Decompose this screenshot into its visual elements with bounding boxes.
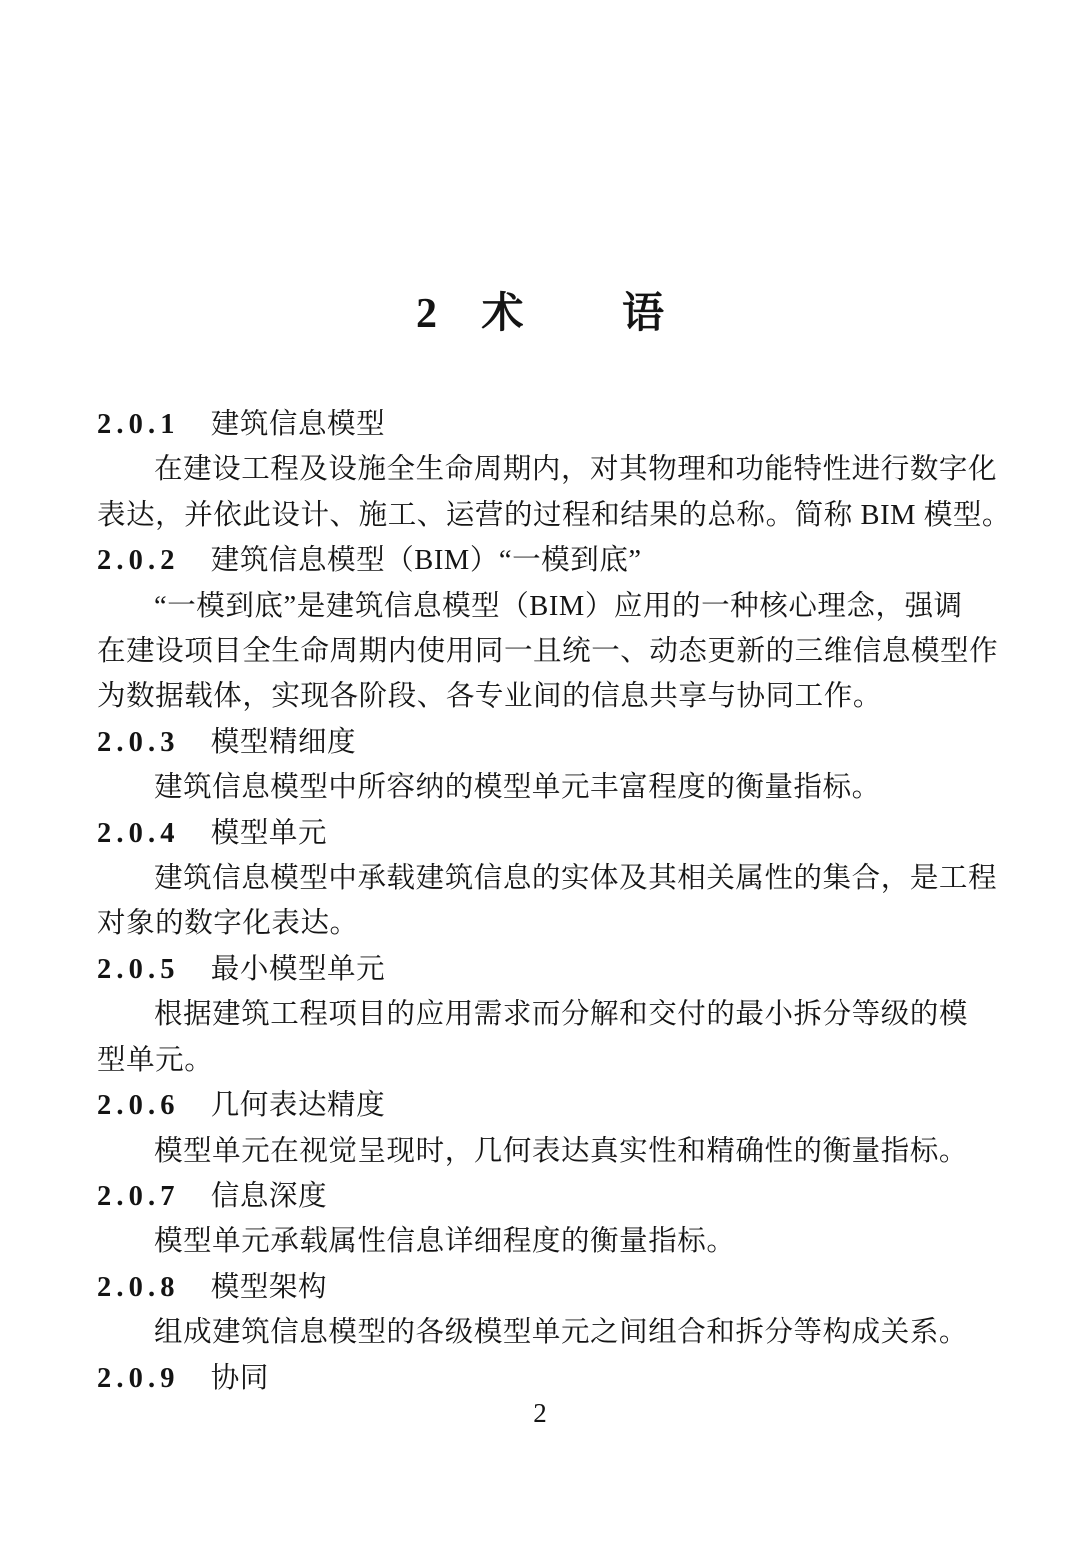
chapter-title-char: 术 — [481, 291, 523, 337]
page-number: 2 — [0, 1396, 1080, 1430]
term-name: 信息深度 — [211, 1181, 327, 1212]
definition-line: 表达，并依此设计、施工、运营的过程和结果的总称。简称 BIM 模型。 — [97, 493, 989, 538]
term-number: 2.0.2 — [97, 545, 180, 576]
term-section: 2.0.3 模型精细度 建筑信息模型中所容纳的模型单元丰富程度的衡量指标。 — [97, 720, 989, 811]
term-name: 协同 — [211, 1363, 269, 1394]
term-number: 2.0.8 — [97, 1272, 180, 1303]
term-section: 2.0.1 建筑信息模型 在建设工程及设施全生命周期内，对其物理和功能特性进行数… — [97, 402, 989, 538]
term-name: 最小模型单元 — [211, 954, 385, 985]
term-section: 2.0.6 几何表达精度 模型单元在视觉呈现时，几何表达真实性和精确性的衡量指标… — [97, 1083, 989, 1174]
term-heading: 2.0.8 模型架构 — [97, 1265, 989, 1310]
term-name: 模型单元 — [211, 818, 327, 849]
term-number: 2.0.4 — [97, 818, 180, 849]
term-name: 建筑信息模型（BIM）“一模到底” — [211, 545, 642, 576]
chapter-number: 2 — [416, 291, 437, 337]
term-number: 2.0.6 — [97, 1090, 180, 1121]
term-section: 2.0.4 模型单元 建筑信息模型中承载建筑信息的实体及其相关属性的集合，是工程… — [97, 811, 989, 947]
definition-line: 在建设工程及设施全生命周期内，对其物理和功能特性进行数字化 — [97, 447, 989, 492]
page-title: 2 术 语 — [0, 288, 1080, 340]
term-section: 2.0.5 最小模型单元 根据建筑工程项目的应用需求而分解和交付的最小拆分等级的… — [97, 947, 989, 1083]
term-number: 2.0.9 — [97, 1363, 180, 1394]
term-heading: 2.0.4 模型单元 — [97, 811, 989, 856]
term-number: 2.0.5 — [97, 954, 180, 985]
definition-line: 组成建筑信息模型的各级模型单元之间组合和拆分等构成关系。 — [97, 1310, 989, 1355]
term-heading: 2.0.2 建筑信息模型（BIM）“一模到底” — [97, 538, 989, 583]
definition-line: 建筑信息模型中所容纳的模型单元丰富程度的衡量指标。 — [97, 765, 989, 810]
definition-line: 建筑信息模型中承载建筑信息的实体及其相关属性的集合，是工程 — [97, 856, 989, 901]
term-heading: 2.0.1 建筑信息模型 — [97, 402, 989, 447]
definition-line: 根据建筑工程项目的应用需求而分解和交付的最小拆分等级的模 — [97, 992, 989, 1037]
definition-line: 模型单元在视觉呈现时，几何表达真实性和精确性的衡量指标。 — [97, 1129, 989, 1174]
definition-line: 型单元。 — [97, 1038, 989, 1083]
definition-line: 对象的数字化表达。 — [97, 901, 989, 946]
term-section: 2.0.8 模型架构 组成建筑信息模型的各级模型单元之间组合和拆分等构成关系。 — [97, 1265, 989, 1356]
document-page: 2 术 语 2.0.1 建筑信息模型 在建设工程及设施全生命周期内，对其物理和功… — [0, 0, 1080, 1565]
term-number: 2.0.1 — [97, 409, 180, 440]
term-section: 2.0.7 信息深度 模型单元承载属性信息详细程度的衡量指标。 — [97, 1174, 989, 1265]
term-heading: 2.0.3 模型精细度 — [97, 720, 989, 765]
definition-line: “一模到底”是建筑信息模型（BIM）应用的一种核心理念，强调 — [97, 584, 989, 629]
term-heading: 2.0.5 最小模型单元 — [97, 947, 989, 992]
terms-body: 2.0.1 建筑信息模型 在建设工程及设施全生命周期内，对其物理和功能特性进行数… — [97, 402, 989, 1401]
term-heading: 2.0.9 协同 — [97, 1356, 989, 1401]
term-section: 2.0.9 协同 — [97, 1356, 989, 1401]
term-heading: 2.0.7 信息深度 — [97, 1174, 989, 1219]
term-name: 建筑信息模型 — [211, 409, 385, 440]
definition-line: 为数据载体，实现各阶段、各专业间的信息共享与协同工作。 — [97, 674, 989, 719]
term-section: 2.0.2 建筑信息模型（BIM）“一模到底” “一模到底”是建筑信息模型（BI… — [97, 538, 989, 720]
term-name: 模型架构 — [211, 1272, 327, 1303]
definition-line: 模型单元承载属性信息详细程度的衡量指标。 — [97, 1219, 989, 1264]
term-name: 几何表达精度 — [211, 1090, 385, 1121]
definition-line: 在建设项目全生命周期内使用同一且统一、动态更新的三维信息模型作 — [97, 629, 989, 674]
chapter-title-char: 语 — [622, 291, 664, 337]
term-heading: 2.0.6 几何表达精度 — [97, 1083, 989, 1128]
term-number: 2.0.3 — [97, 727, 180, 758]
term-name: 模型精细度 — [211, 727, 356, 758]
term-number: 2.0.7 — [97, 1181, 180, 1212]
